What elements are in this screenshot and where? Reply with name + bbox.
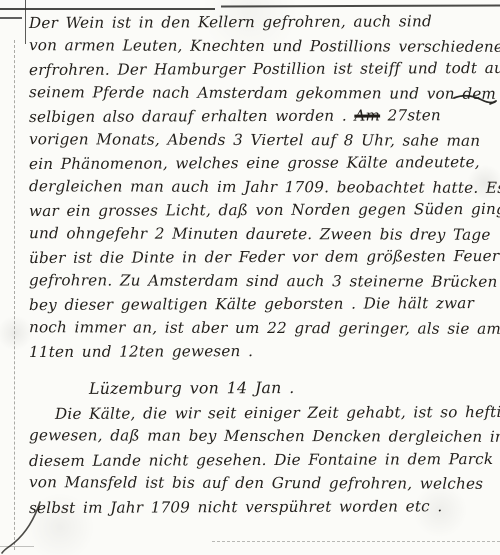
left-margin-rule <box>14 40 15 550</box>
manuscript-line: über ist die Dinte in der Feder vor dem … <box>29 245 496 271</box>
manuscript-line: gewesen, daß man bey Menschen Dencken de… <box>29 424 496 449</box>
manuscript-line: selbst im Jahr 1709 nicht verspühret wor… <box>29 494 496 520</box>
bottom-scan-line <box>212 541 500 543</box>
manuscript-line: vorigen Monats, Abends 3 Viertel auf 8 U… <box>29 128 496 153</box>
manuscript-line: Die Kälte, die wir seit einiger Zeit geh… <box>29 400 496 426</box>
manuscript-line: seinem Pferde nach Amsterdam gekommen un… <box>29 81 496 106</box>
manuscript-line: war ein grosses Licht, daß von Norden ge… <box>29 198 496 224</box>
manuscript-line: selbigen also darauf erhalten worden . A… <box>29 104 496 130</box>
scan-top-rule-left <box>0 8 215 10</box>
struck-word: Am <box>354 106 380 124</box>
manuscript-line: von armen Leuten, Knechten und Postillio… <box>29 34 496 59</box>
manuscript-page: Der Wein ist in den Kellern gefrohren, a… <box>0 0 500 555</box>
manuscript-line: und ohngefehr 2 Minuten daurete. Zween b… <box>29 222 496 247</box>
manuscript-line: 11ten und 12ten gewesen . <box>29 339 496 365</box>
manuscript-line: Der Wein ist in den Kellern gefrohren, a… <box>29 10 496 36</box>
manuscript-line: erfrohren. Der Hamburger Postillion ist … <box>29 57 496 83</box>
manuscript-line: ein Phänomenon, welches eine grosse Kält… <box>29 151 496 177</box>
manuscript-line: dergleichen man auch im Jahr 1709. beoba… <box>29 175 496 200</box>
scan-top-rule-right <box>221 5 500 8</box>
luxembourg-paragraph: Die Kälte, die wir seit einiger Zeit geh… <box>29 402 496 520</box>
manuscript-line: von Mansfeld ist bis auf den Grund gefro… <box>29 471 496 496</box>
manuscript-line: Lüzemburg von 14 Jan . <box>89 375 496 401</box>
manuscript-line: gefrohren. Zu Amsterdam sind auch 3 stei… <box>29 269 496 294</box>
luxembourg-dateline: Lüzemburg von 14 Jan . <box>89 376 496 400</box>
left-margin-rule-top <box>25 0 26 44</box>
line-segment: 27sten <box>380 106 441 124</box>
margin-tick <box>0 17 22 19</box>
frost-report-paragraph: Der Wein ist in den Kellern gefrohren, a… <box>29 11 496 364</box>
line-segment: selbigen also darauf erhalten worden . <box>29 107 354 126</box>
manuscript-line: noch immer an, ist aber um 22 grad gerin… <box>29 316 496 341</box>
manuscript-line: bey dieser gewaltigen Kälte geborsten . … <box>29 292 496 318</box>
manuscript-text: Der Wein ist in den Kellern gefrohren, a… <box>29 11 496 519</box>
manuscript-line: diesem Lande nicht gesehen. Die Fontaine… <box>29 447 496 473</box>
